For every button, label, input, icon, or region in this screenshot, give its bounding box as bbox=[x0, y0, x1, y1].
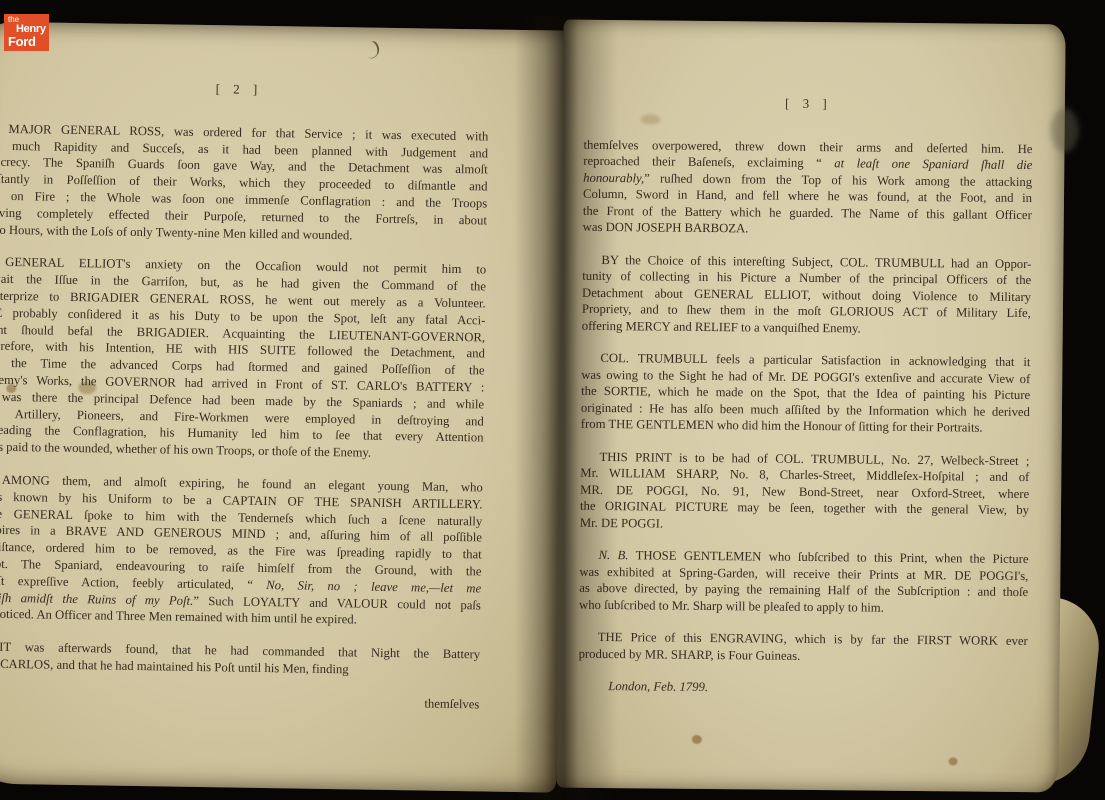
paragraph: COL. TRUMBULL feels a particular Satisfa… bbox=[581, 350, 1031, 437]
paragraph: THIS PRINT is to be had of COL. TRUMBULL… bbox=[580, 448, 1030, 535]
stain bbox=[692, 735, 702, 744]
dateline: London, Feb. 1799. bbox=[578, 678, 1027, 699]
page-3: [ 3 ] themſelves overpowered, threw down… bbox=[556, 20, 1065, 793]
henry-ford-logo: the Henry Ford bbox=[4, 14, 49, 51]
paragraph: GENERAL ELLIOT's anxiety on the Occaſion… bbox=[0, 254, 486, 463]
page-3-paragraphs: themſelves overpowered, threw down their… bbox=[578, 136, 1032, 698]
stain bbox=[1050, 108, 1078, 152]
paragraph: THE Price of this ENGRAVING, which is by… bbox=[579, 629, 1028, 666]
paragraph: of MAJOR GENERAL ROSS, was ordered for t… bbox=[0, 120, 488, 245]
paragraph: N. B. THOSE GENTLEMEN who ſubſcribed to … bbox=[579, 547, 1029, 617]
page-3-text-column: [ 3 ] themſelves overpowered, threw down… bbox=[578, 94, 1033, 715]
catchword: themſelves bbox=[0, 688, 479, 713]
page-2-text-column: [ 2 ] of MAJOR GENERAL ROSS, was ordered… bbox=[0, 78, 489, 729]
stain bbox=[949, 757, 958, 765]
text-line: London, Feb. 1799. bbox=[578, 678, 1027, 699]
page-number: [ 2 ] bbox=[0, 78, 489, 103]
paragraph: IT was afterwards found, that he had com… bbox=[0, 639, 480, 680]
page-2: [ 2 ] of MAJOR GENERAL ROSS, was ordered… bbox=[0, 21, 568, 792]
paragraph: themſelves overpowered, threw down their… bbox=[583, 136, 1033, 239]
logo-ford: Ford bbox=[8, 35, 49, 48]
text-line: themſelves bbox=[0, 688, 479, 713]
paragraph: BY the Choice of this intereſting Subjec… bbox=[582, 251, 1032, 338]
paragraph: AMONG them, and almoſt expiring, he foun… bbox=[0, 472, 483, 631]
text-line: from THE GENTLEMEN who did him the Honou… bbox=[581, 416, 1030, 437]
ink-mark bbox=[363, 39, 383, 60]
page-2-paragraphs: of MAJOR GENERAL ROSS, was ordered for t… bbox=[0, 120, 488, 712]
page-number: [ 3 ] bbox=[584, 94, 1033, 115]
